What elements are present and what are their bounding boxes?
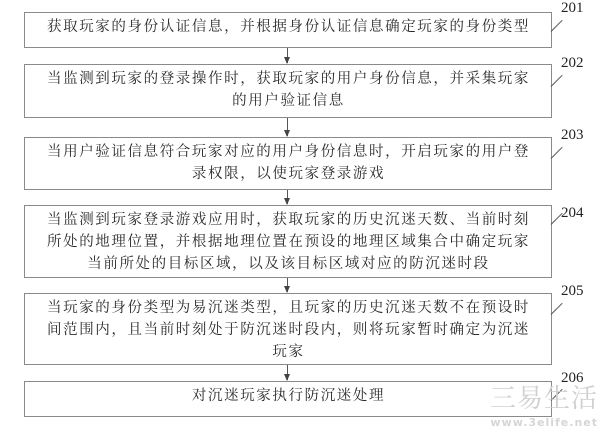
flow-arrow-icon <box>287 48 288 63</box>
flow-arrow-icon <box>287 190 288 204</box>
watermark-url: www.3elife.net <box>490 416 598 429</box>
step-text: 对沉迷玩家执行防沉迷处理 <box>30 385 547 407</box>
step-number-205: 205 <box>561 283 584 300</box>
step-text: 间范围内，且当前时刻处于防沉迷时段内，则将玩家暂时确定为沉迷 <box>30 319 547 341</box>
step-number-203: 203 <box>561 127 584 144</box>
leader-line-203 <box>551 147 563 159</box>
step-text: 当玩家的身份类型为易沉迷类型，且玩家的历史沉迷天数不在预设时 <box>30 297 547 319</box>
step-box-202: 当监测到玩家的登录操作时，获取玩家的用户身份信息，并采集玩家 的用户验证信息 <box>24 64 552 118</box>
step-text: 当前所处的目标区域，以及该目标区域对应的防沉迷时段 <box>30 253 547 275</box>
watermark-logo: 三易生活 <box>490 378 598 415</box>
step-number-204: 204 <box>561 205 584 222</box>
flow-arrow-icon <box>287 365 288 380</box>
step-text: 玩家 <box>30 341 547 363</box>
flow-arrow-icon <box>287 118 288 136</box>
step-text: 的用户验证信息 <box>30 90 547 112</box>
step-text: 当监测到玩家的登录操作时，获取玩家的用户身份信息，并采集玩家 <box>30 68 547 90</box>
step-box-206: 对沉迷玩家执行防沉迷处理 <box>24 381 552 417</box>
leader-line-201 <box>551 20 563 32</box>
step-text: 当用户验证信息符合玩家对应的用户身份信息时，开启玩家的用户登 <box>30 141 547 163</box>
step-box-204: 当监测到玩家登录游戏应用时，获取玩家的历史沉迷天数、当前时刻 所处的地理位置，并… <box>24 205 552 278</box>
step-box-201: 获取玩家的身份认证信息，并根据身份认证信息确定玩家的身份类型 <box>24 12 552 48</box>
step-text: 当监测到玩家登录游戏应用时，获取玩家的历史沉迷天数、当前时刻 <box>30 209 547 231</box>
step-text: 录权限，以使玩家登录游戏 <box>30 163 547 185</box>
step-text: 获取玩家的身份认证信息，并根据身份认证信息确定玩家的身份类型 <box>30 16 547 38</box>
flow-arrow-icon <box>287 278 288 292</box>
step-box-203: 当用户验证信息符合玩家对应的用户身份信息时，开启玩家的用户登 录权限，以使玩家登… <box>24 137 552 190</box>
step-box-205: 当玩家的身份类型为易沉迷类型，且玩家的历史沉迷天数不在预设时 间范围内，且当前时… <box>24 293 552 365</box>
step-text: 所处的地理位置，并根据地理位置在预设的地理区域集合中确定玩家 <box>30 231 547 253</box>
leader-line-205 <box>551 303 563 315</box>
step-number-202: 202 <box>561 55 584 72</box>
leader-line-202 <box>551 75 563 87</box>
step-number-201: 201 <box>561 0 584 17</box>
